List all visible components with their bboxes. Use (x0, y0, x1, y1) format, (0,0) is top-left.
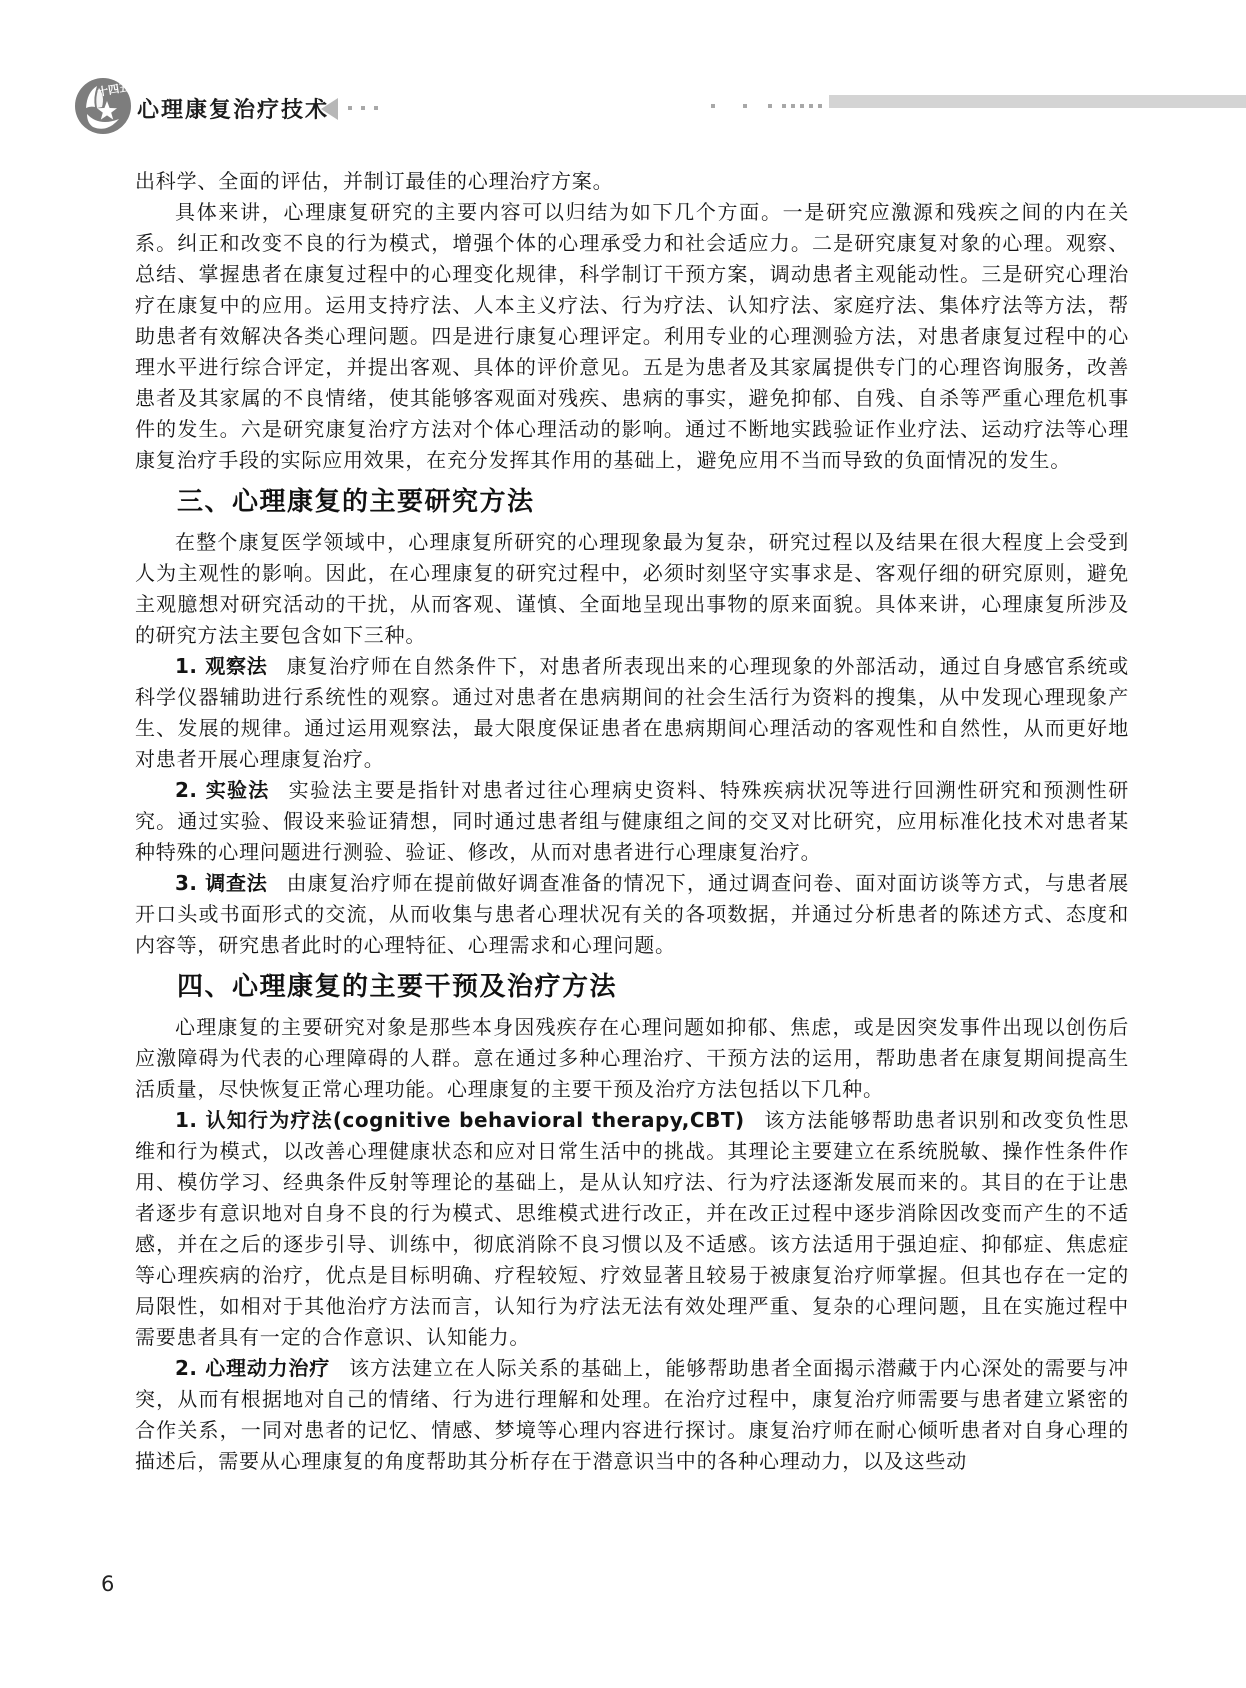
header-dots-left-decoration (348, 106, 378, 110)
method-item-psychodynamic: 2. 心理动力治疗该方法建立在人际关系的基础上，能够帮助患者全面揭示潜藏于内心深… (135, 1353, 1129, 1477)
book-page: 十四五 心理康复治疗技术 出科学、全面的评估，并制订最佳的心理治疗方案。 具体来… (0, 0, 1246, 1688)
section-heading-intervention-methods: 四、心理康复的主要干预及治疗方法 (135, 970, 1129, 1004)
dot (711, 104, 715, 108)
dot (818, 104, 822, 108)
dot (768, 104, 772, 108)
method-label: 2. 实验法 (175, 778, 270, 802)
dot (374, 106, 378, 110)
header-dots-right-decoration (709, 104, 824, 109)
method-label: 1. 认知行为疗法(cognitive behavioral therapy,C… (175, 1108, 745, 1132)
method-label: 2. 心理动力治疗 (175, 1356, 330, 1380)
dot (348, 106, 352, 110)
paragraph-section4-intro: 心理康复的主要研究对象是那些本身因残疾存在心理问题如抑郁、焦虑，或是因突发事件出… (135, 1012, 1129, 1105)
book-title: 心理康复治疗技术 (137, 93, 329, 124)
method-text: 康复治疗师在自然条件下，对患者所表现出来的心理现象的外部活动，通过自身感官系统或… (135, 654, 1129, 771)
five-year-plan-badge-icon: 十四五 (74, 77, 132, 135)
method-text: 该方法能够帮助患者识别和改变负性思维和行为模式，以改善心理健康状态和应对日常生活… (135, 1108, 1129, 1349)
dot (361, 106, 365, 110)
section-heading-research-methods: 三、心理康复的主要研究方法 (135, 485, 1129, 519)
method-text: 由康复治疗师在提前做好调查准备的情况下，通过调查问卷、面对面访谈等方式，与患者展… (135, 871, 1129, 957)
dot (782, 104, 786, 108)
page-number: 6 (101, 1572, 114, 1596)
method-label: 3. 调查法 (175, 871, 268, 895)
method-item-survey: 3. 调查法由康复治疗师在提前做好调查准备的情况下，通过调查问卷、面对面访谈等方… (135, 868, 1129, 961)
dot (791, 104, 795, 108)
method-label: 1. 观察法 (175, 654, 268, 678)
dot (800, 104, 804, 108)
header-bar-decoration (829, 95, 1246, 108)
paragraph-section3-intro: 在整个康复医学领域中，心理康复所研究的心理现象最为复杂，研究过程以及结果在很大程… (135, 527, 1129, 651)
paragraph-continuation: 出科学、全面的评估，并制订最佳的心理治疗方案。 (135, 166, 1129, 197)
dot (809, 104, 813, 108)
method-item-cbt: 1. 认知行为疗法(cognitive behavioral therapy,C… (135, 1105, 1129, 1353)
method-item-observation: 1. 观察法康复治疗师在自然条件下，对患者所表现出来的心理现象的外部活动，通过自… (135, 651, 1129, 775)
method-text: 实验法主要是指针对患者过往心理病史资料、特殊疾病状况等进行回溯性研究和预测性研究… (135, 778, 1129, 864)
chevron-left-icon (321, 98, 338, 120)
page-content: 出科学、全面的评估，并制订最佳的心理治疗方案。 具体来讲，心理康复研究的主要内容… (135, 166, 1129, 1477)
paragraph-overview: 具体来讲，心理康复研究的主要内容可以归结为如下几个方面。一是研究应激源和残疾之间… (135, 197, 1129, 476)
dot (743, 104, 747, 108)
method-item-experiment: 2. 实验法实验法主要是指针对患者过往心理病史资料、特殊疾病状况等进行回溯性研究… (135, 775, 1129, 868)
